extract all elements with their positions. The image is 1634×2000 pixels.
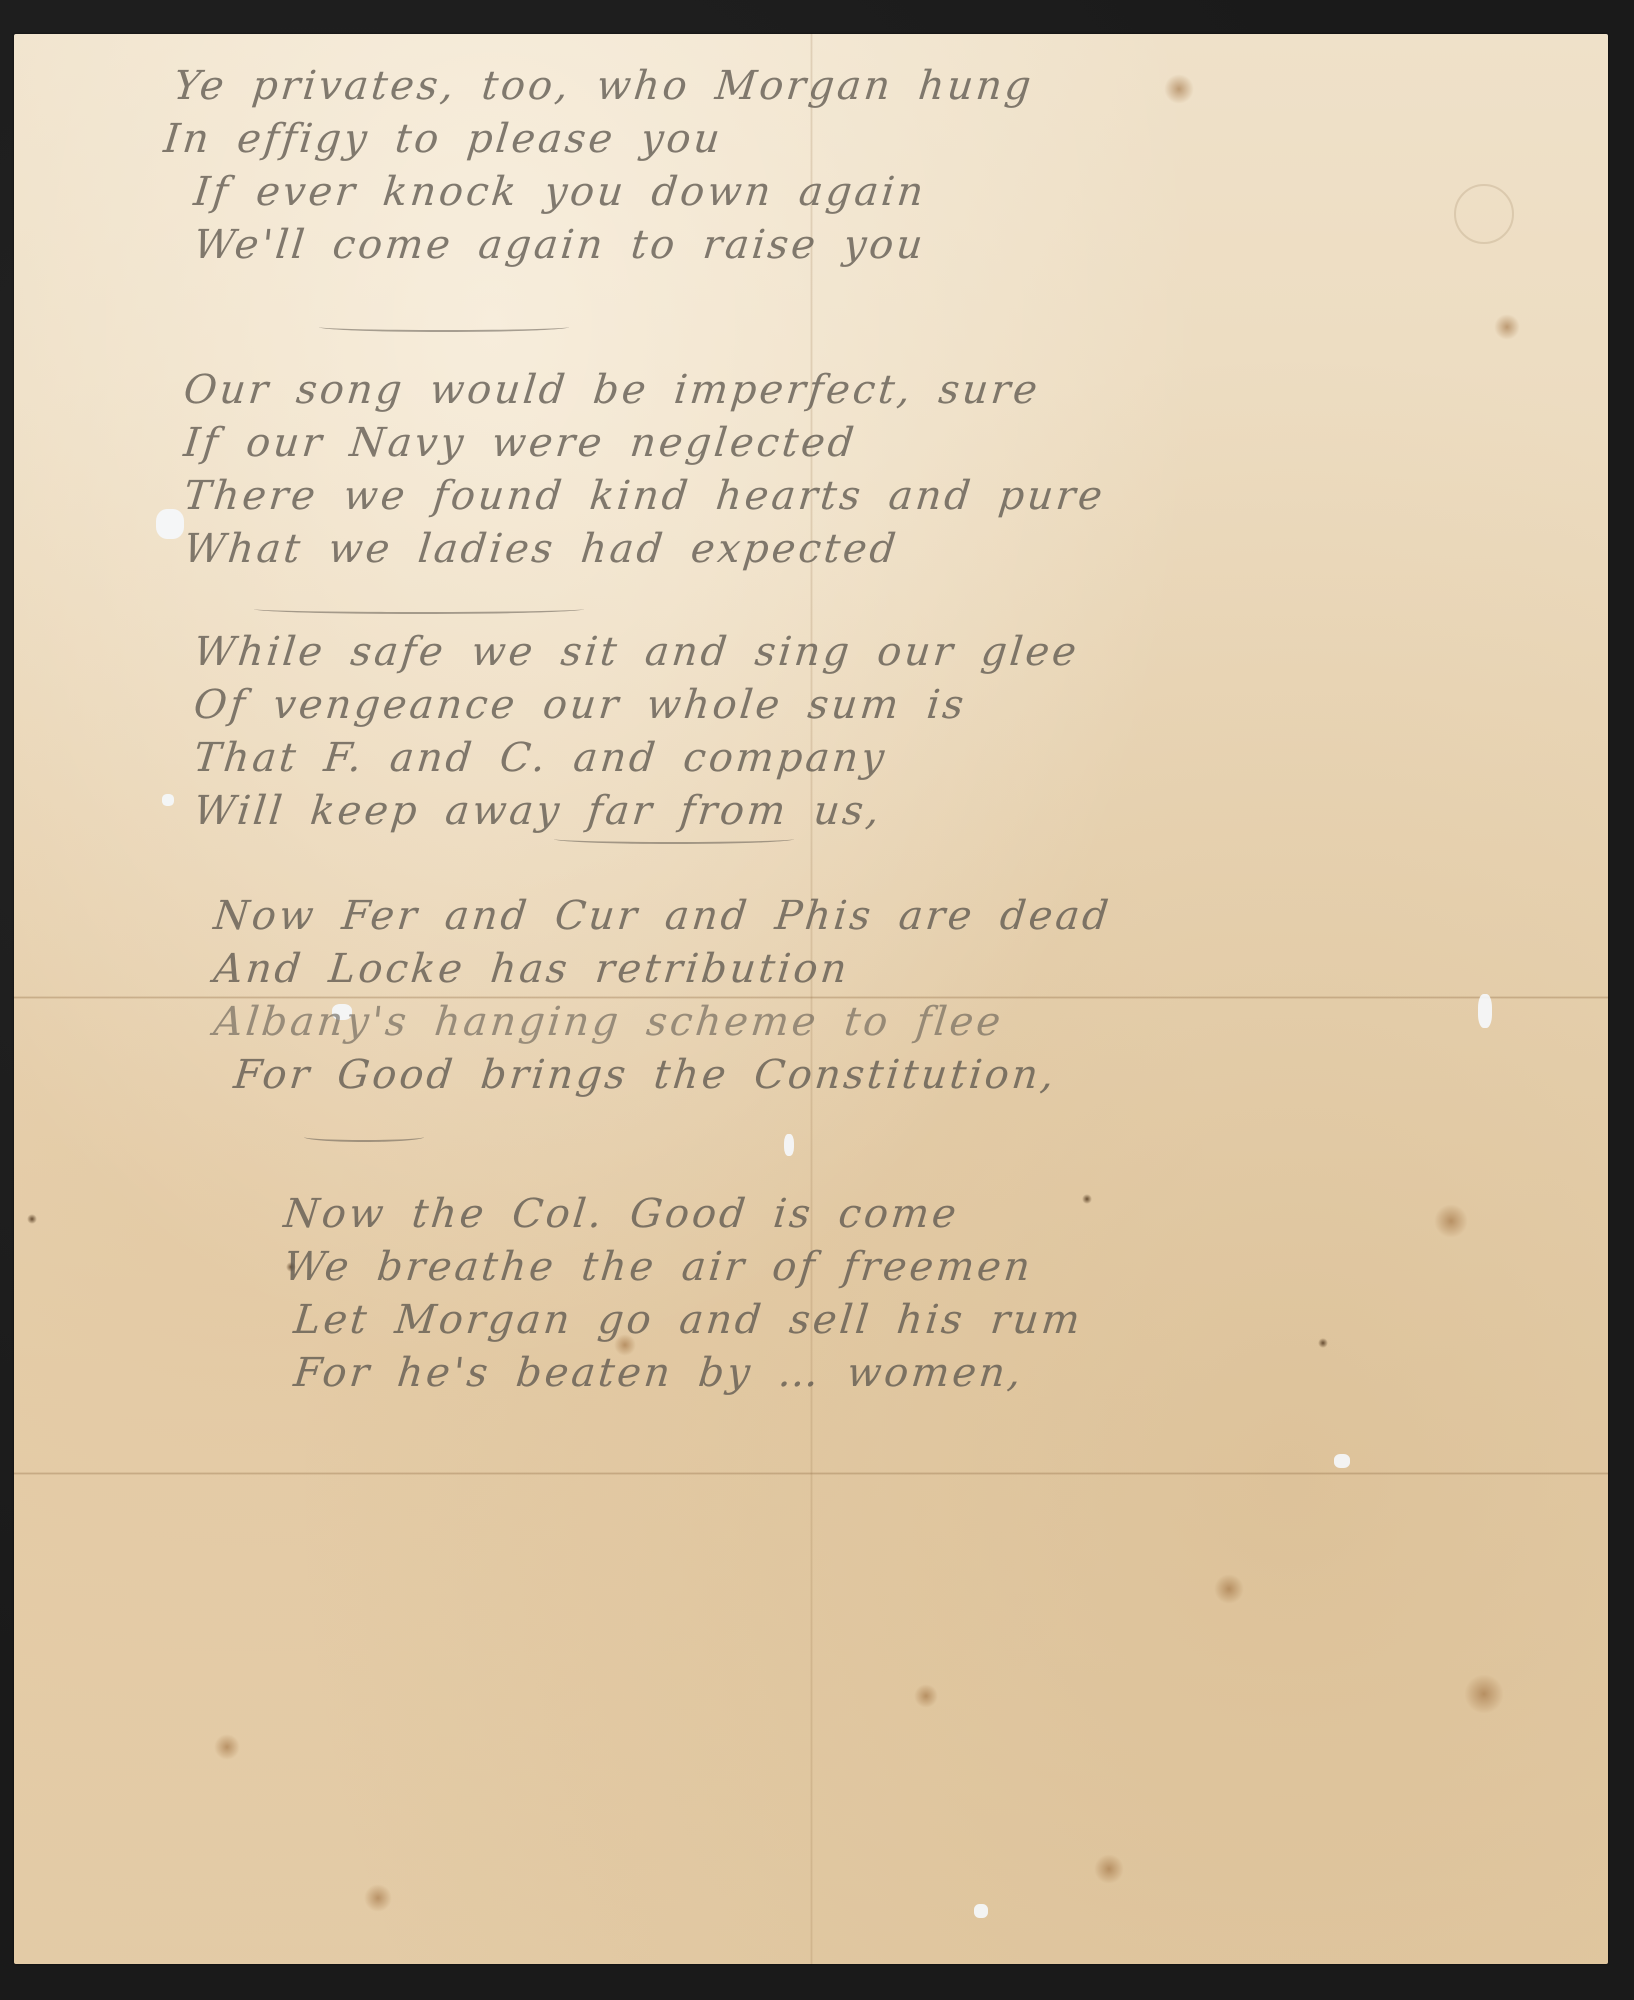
- stanza-5: Now the Col. Good is come We breathe the…: [284, 1188, 1083, 1400]
- verse-line: In effigy to please you: [161, 113, 1036, 166]
- verse-line: Ye privates, too, who Morgan hung: [171, 60, 1036, 113]
- verse-line: Our song would be imperfect, sure: [181, 364, 1107, 417]
- stanza-2: Our song would be imperfect, sure If our…: [184, 364, 1105, 576]
- verse-line: For Good brings the Constitution,: [231, 1049, 1114, 1102]
- verse-line: We breathe the air of freemen: [281, 1241, 1085, 1294]
- verse-line: Albany's hanging scheme to flee: [211, 996, 1114, 1049]
- stanza-3: While safe we sit and sing our glee Of v…: [194, 626, 1079, 838]
- verse-line: Now Fer and Cur and Phis are dead: [211, 890, 1114, 943]
- verse-line: Will keep away far from us,: [191, 785, 1081, 838]
- verse-line: There we found kind hearts and pure: [181, 470, 1107, 523]
- stanza-divider: [319, 322, 569, 332]
- verse-line: For he's beaten by … women,: [291, 1347, 1085, 1400]
- verse-line: While safe we sit and sing our glee: [191, 626, 1081, 679]
- stanza-4: Now Fer and Cur and Phis are dead And Lo…: [214, 890, 1111, 1102]
- verse-line: Now the Col. Good is come: [281, 1188, 1085, 1241]
- handwritten-text: Ye privates, too, who Morgan hung In eff…: [14, 34, 1608, 1964]
- verse-line: That F. and C. and company: [191, 732, 1081, 785]
- verse-line: And Locke has retribution: [211, 943, 1114, 996]
- verse-line: If ever knock you down again: [191, 166, 1036, 219]
- verse-line: If our Navy were neglected: [181, 417, 1107, 470]
- manuscript-page: Ye privates, too, who Morgan hung In eff…: [14, 34, 1608, 1964]
- stanza-1: Ye privates, too, who Morgan hung In eff…: [174, 60, 1033, 272]
- verse-line: What we ladies had expected: [181, 523, 1107, 576]
- stanza-divider: [554, 834, 794, 844]
- stanza-divider: [304, 1132, 424, 1142]
- verse-line: Let Morgan go and sell his rum: [291, 1294, 1085, 1347]
- verse-line: We'll come again to raise you: [191, 219, 1036, 272]
- verse-line: Of vengeance our whole sum is: [191, 679, 1081, 732]
- stanza-divider: [254, 604, 584, 614]
